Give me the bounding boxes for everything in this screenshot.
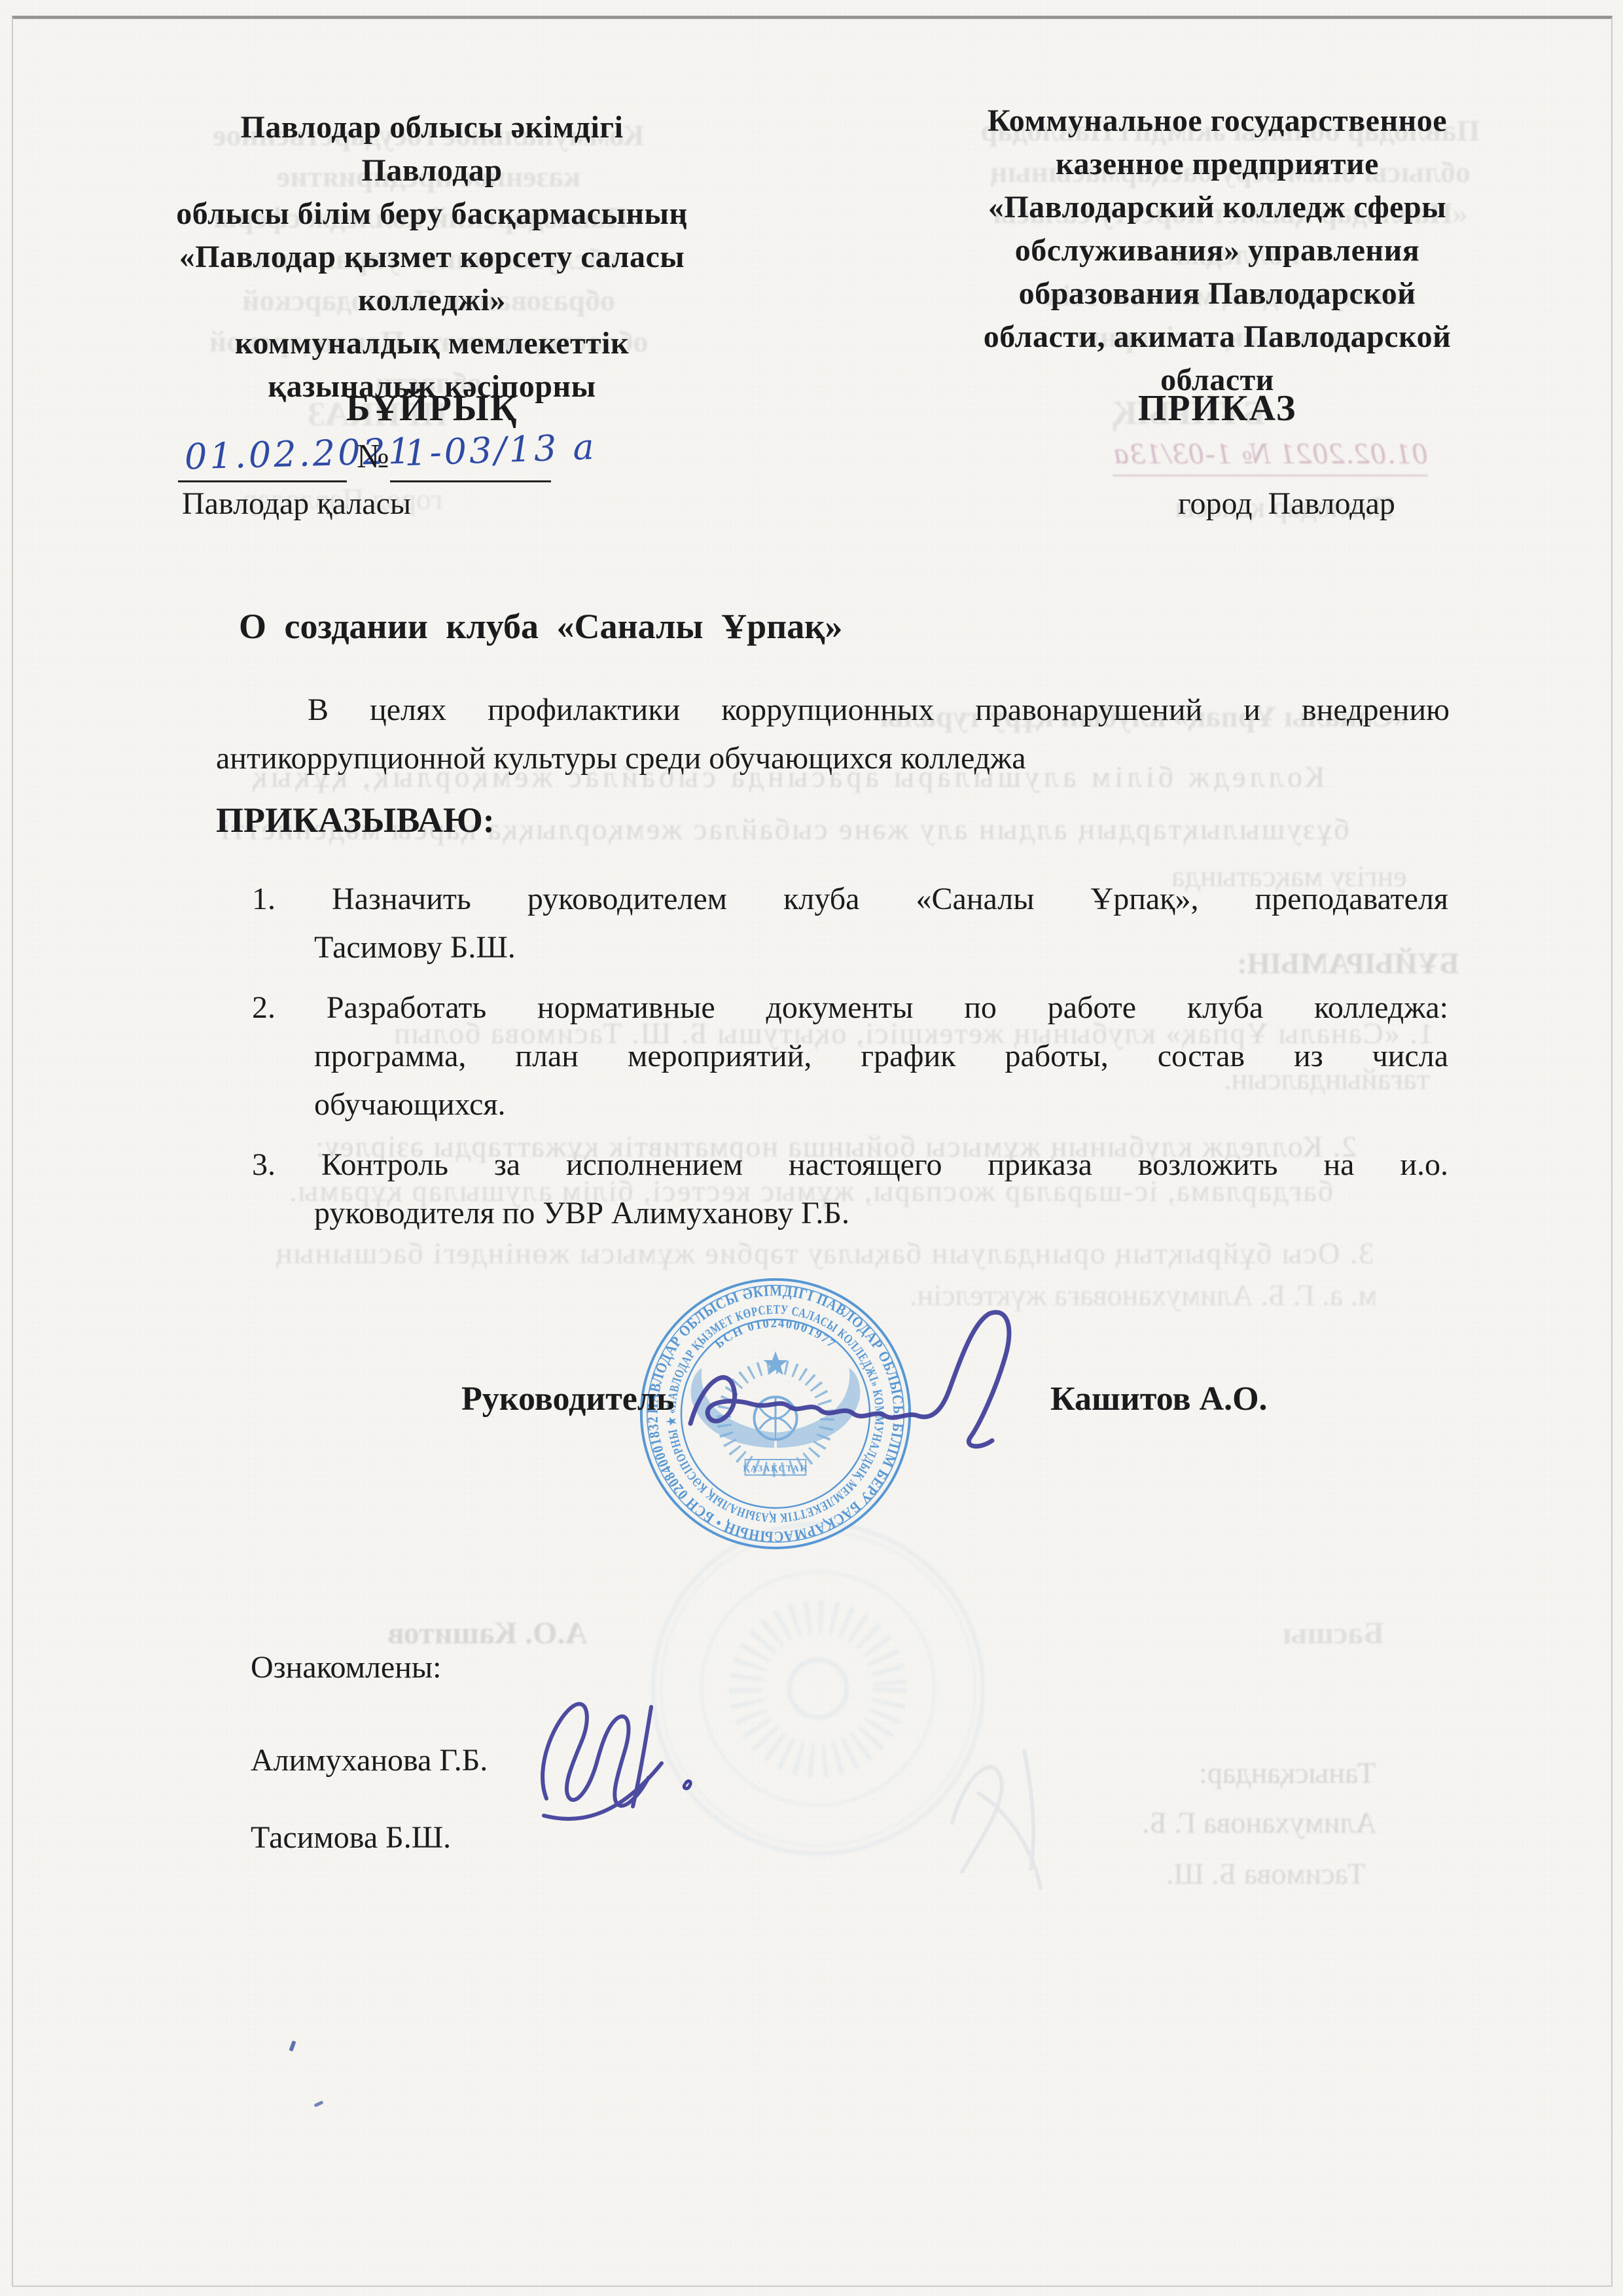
- text-line: обслуживания» управления: [936, 229, 1499, 272]
- number-sign: №: [357, 437, 389, 476]
- acknowledged-signature-icon: [520, 1668, 723, 1831]
- ghost-handwritten-date: 01.02.2021 № 1-03/13а: [1113, 436, 1427, 476]
- text-line: Павлодар облысы әкімдігі Павлодар: [167, 106, 697, 192]
- text-line: 1. Назначить руководителем клуба «Саналы…: [314, 875, 1448, 924]
- issue-city-kk: Павлодар қаласы: [182, 486, 411, 522]
- text-line: облысы білім беру басқармасының: [167, 192, 697, 236]
- date-underline: [178, 480, 347, 482]
- order-title-ru: ПРИКАЗ: [936, 387, 1499, 429]
- order-item-3: 3. Контроль за исполнением настоящего пр…: [252, 1141, 1448, 1238]
- ghost-signature-icon: [933, 1712, 1083, 1914]
- text-line: программа, план мероприятий, график рабо…: [314, 1032, 1448, 1081]
- text-line: Тасимову Б.Ш.: [314, 924, 1448, 972]
- text-line: 3. Контроль за исполнением настоящего пр…: [314, 1141, 1448, 1189]
- director-signature-icon: [674, 1299, 1041, 1482]
- ink-fleck: [314, 2100, 324, 2107]
- text-line: 2. Разработать нормативные документы по …: [314, 984, 1448, 1032]
- text-line: «Павлодар қызмет көрсету саласы: [167, 236, 697, 279]
- order-preamble: В целях профилактики коррупционных право…: [216, 686, 1450, 783]
- order-items: 1. Назначить руководителем клуба «Саналы…: [252, 875, 1448, 1249]
- text-line: Коммунальное государственное: [936, 99, 1499, 143]
- text-line: руководителя по УВР Алимуханову Г.Б.: [314, 1189, 1448, 1238]
- handwritten-number: 1-03/13 а: [404, 426, 597, 474]
- ink-fleck: [289, 2040, 296, 2051]
- ghost-ack-label: Танысқандар:: [1199, 1755, 1376, 1790]
- text-line: коммуналдық мемлекеттік: [167, 322, 697, 365]
- text-line: области, акимата Павлодарской: [936, 315, 1499, 359]
- acknowledged-name-2: Тасимова Б.Ш.: [251, 1820, 451, 1856]
- signatory-role: Руководитель: [461, 1380, 675, 1418]
- text-line: обучающихся.: [314, 1081, 1448, 1129]
- ghost-head-role: Басшы: [1283, 1615, 1384, 1651]
- order-title-kk: БҰЙРЫҚ: [167, 387, 697, 429]
- order-subject: О создании клуба «Саналы Ұрпақ»: [239, 606, 842, 647]
- ghost-ack-name: Алимуханова Г. Б.: [1142, 1805, 1377, 1840]
- acknowledged-label: Ознакомлены:: [251, 1649, 442, 1685]
- ghost-head-name: А.О. Кашитов: [387, 1615, 588, 1651]
- resolution-word: ПРИКАЗЫВАЮ:: [216, 800, 495, 840]
- signatory-name: Кашитов А.О.: [1050, 1380, 1268, 1418]
- ghost-ack-name: Тасимова Б. Ш.: [1166, 1856, 1366, 1891]
- number-underline: [390, 480, 551, 482]
- text-line: В целях профилактики коррупционных право…: [216, 686, 1450, 734]
- order-item-2: 2. Разработать нормативные документы по …: [252, 984, 1448, 1129]
- organization-header-kk: Павлодар облысы әкімдігі Павлодароблысы …: [167, 106, 697, 408]
- issue-city-ru: город Павлодар: [1178, 486, 1395, 522]
- text-line: образования Павлодарской: [936, 272, 1499, 315]
- text-line: антикоррупционной культуры среди обучающ…: [216, 734, 1450, 783]
- text-line: «Павлодарский колледж сферы: [936, 186, 1499, 229]
- text-line: колледжі»: [167, 279, 697, 322]
- text-line: казенное предприятие: [936, 143, 1499, 186]
- scanned-order-document: Коммунальное государственноеказенное пре…: [0, 0, 1623, 2296]
- acknowledged-name-1: Алимуханова Г.Б.: [251, 1742, 488, 1778]
- order-item-1: 1. Назначить руководителем клуба «Саналы…: [252, 875, 1448, 972]
- organization-header-ru: Коммунальное государственноеказенное пре…: [936, 99, 1499, 402]
